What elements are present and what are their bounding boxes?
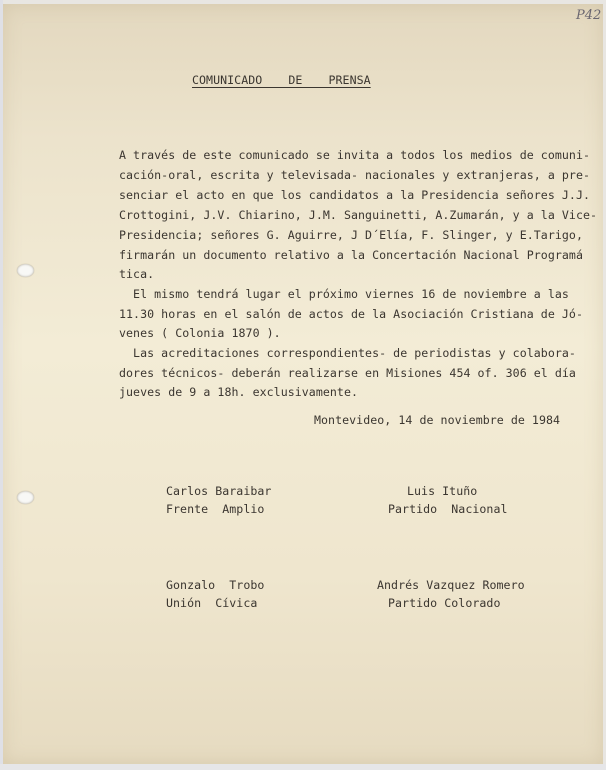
document-page: P42 COMUNICADO DE PRENSA A través de est… (3, 4, 603, 764)
body-line: 11.30 horas en el salón de actos de la A… (119, 307, 583, 321)
body-line: dores técnicos- deberán realizarse en Mi… (119, 366, 576, 380)
body-line: A través de este comunicado se invita a … (119, 148, 590, 162)
signatory-party: Frente Amplio (166, 502, 264, 516)
body-line: Crottogini, J.V. Chiarino, J.M. Sanguine… (119, 208, 597, 222)
signatory-name: Carlos Baraibar (166, 484, 271, 498)
body-line: Las acreditaciones correspondientes- de … (119, 346, 576, 360)
body-line: tica. (119, 267, 154, 281)
place-and-date: Montevideo, 14 de noviembre de 1984 (314, 413, 560, 427)
punch-hole-icon (17, 264, 34, 277)
body-line: El mismo tendrá lugar el próximo viernes… (119, 287, 569, 301)
body-line: cación-oral, escrita y televisada- nacio… (119, 168, 590, 182)
signatory-party: Unión Cívica (166, 596, 257, 610)
signatory-name: Gonzalo Trobo (166, 578, 264, 592)
page-mark: P42 (576, 8, 601, 23)
body-line: senciar el acto en que los candidatos a … (119, 188, 590, 202)
body-line: venes ( Colonia 1870 ). (119, 326, 281, 340)
document-title: COMUNICADO DE PRENSA (192, 73, 371, 87)
signatory-name: Andrés Vazquez Romero (377, 578, 525, 592)
body-line: firmarán un documento relativo a la Conc… (119, 248, 583, 262)
signatory-party: Partido Nacional (388, 502, 508, 516)
punch-hole-icon (17, 491, 34, 504)
scan-bottom-edge (0, 764, 606, 770)
body-line: Presidencia; señores G. Aguirre, J D´Elí… (119, 228, 583, 242)
body-line: jueves de 9 a 18h. exclusivamente. (119, 385, 358, 399)
signatory-party: Partido Colorado (388, 596, 500, 610)
signatory-name: Luis Ituño (407, 484, 477, 498)
